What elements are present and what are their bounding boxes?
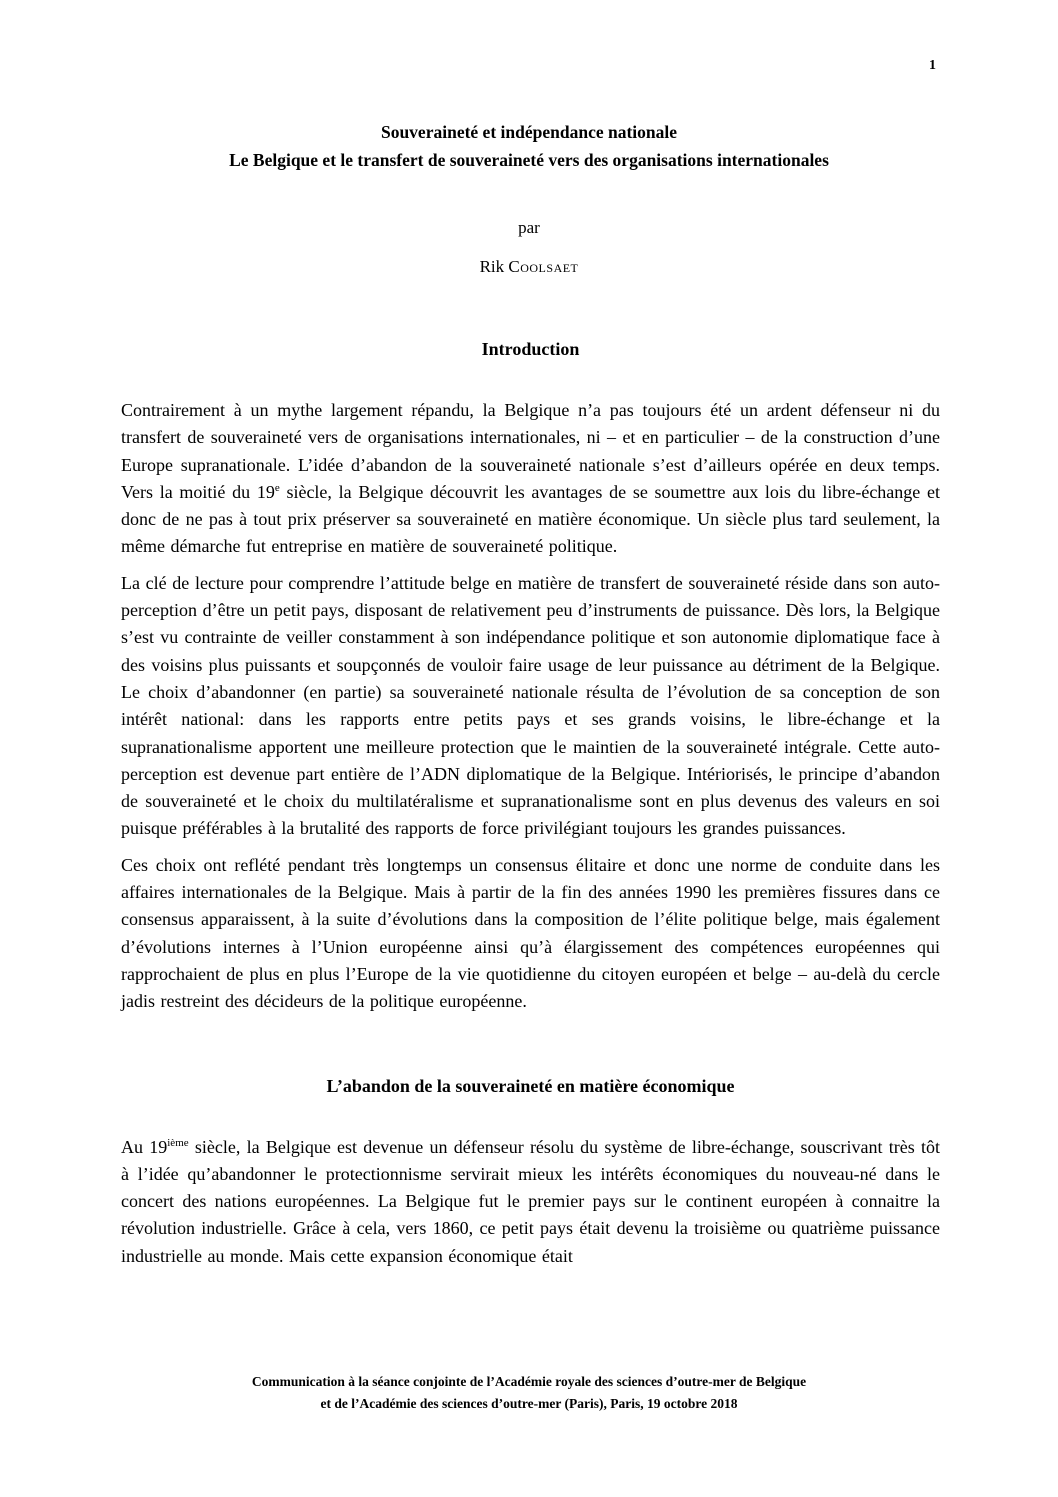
paragraph-text: La clé de lecture pour comprendre l’atti…: [121, 573, 940, 839]
byline-par-label: par: [0, 216, 1058, 240]
paragraph-text: Au 19: [121, 1137, 167, 1157]
document-title-line-2: Le Belgique et le transfert de souverain…: [90, 146, 968, 174]
paragraph: La clé de lecture pour comprendre l’atti…: [121, 570, 940, 843]
superscript-text: ième: [167, 1137, 188, 1149]
author-line: Rik Coolsaet: [0, 255, 1058, 279]
title-block: Souveraineté et indépendance nationale L…: [0, 0, 1058, 174]
paragraph: Contrairement à un mythe largement répan…: [121, 397, 940, 561]
document-page: 1 Souveraineté et indépendance nationale…: [0, 0, 1058, 1497]
paragraph-text: Ces choix ont reflété pendant très longt…: [121, 855, 940, 1011]
author-first-name: Rik: [480, 257, 509, 276]
footer-line-2: et de l’Académie des sciences d’outre-me…: [0, 1393, 1058, 1415]
paragraph: Ces choix ont reflété pendant très longt…: [121, 852, 940, 1016]
paragraph-text: siècle, la Belgique est devenue un défen…: [121, 1137, 940, 1266]
section-heading: L’abandon de la souveraineté en matière …: [121, 1072, 940, 1100]
footer: Communication à la séance conjointe de l…: [0, 1371, 1058, 1415]
document-sections: IntroductionContrairement à un mythe lar…: [121, 335, 940, 1270]
document-title-line-1: Souveraineté et indépendance nationale: [90, 118, 968, 146]
author-last-name: Coolsaet: [508, 257, 578, 276]
page-number: 1: [929, 58, 936, 74]
footer-line-1: Communication à la séance conjointe de l…: [0, 1371, 1058, 1393]
paragraph: Au 19ième siècle, la Belgique est devenu…: [121, 1134, 940, 1270]
document-body: IntroductionContrairement à un mythe lar…: [121, 335, 940, 1270]
section-heading: Introduction: [121, 335, 940, 363]
